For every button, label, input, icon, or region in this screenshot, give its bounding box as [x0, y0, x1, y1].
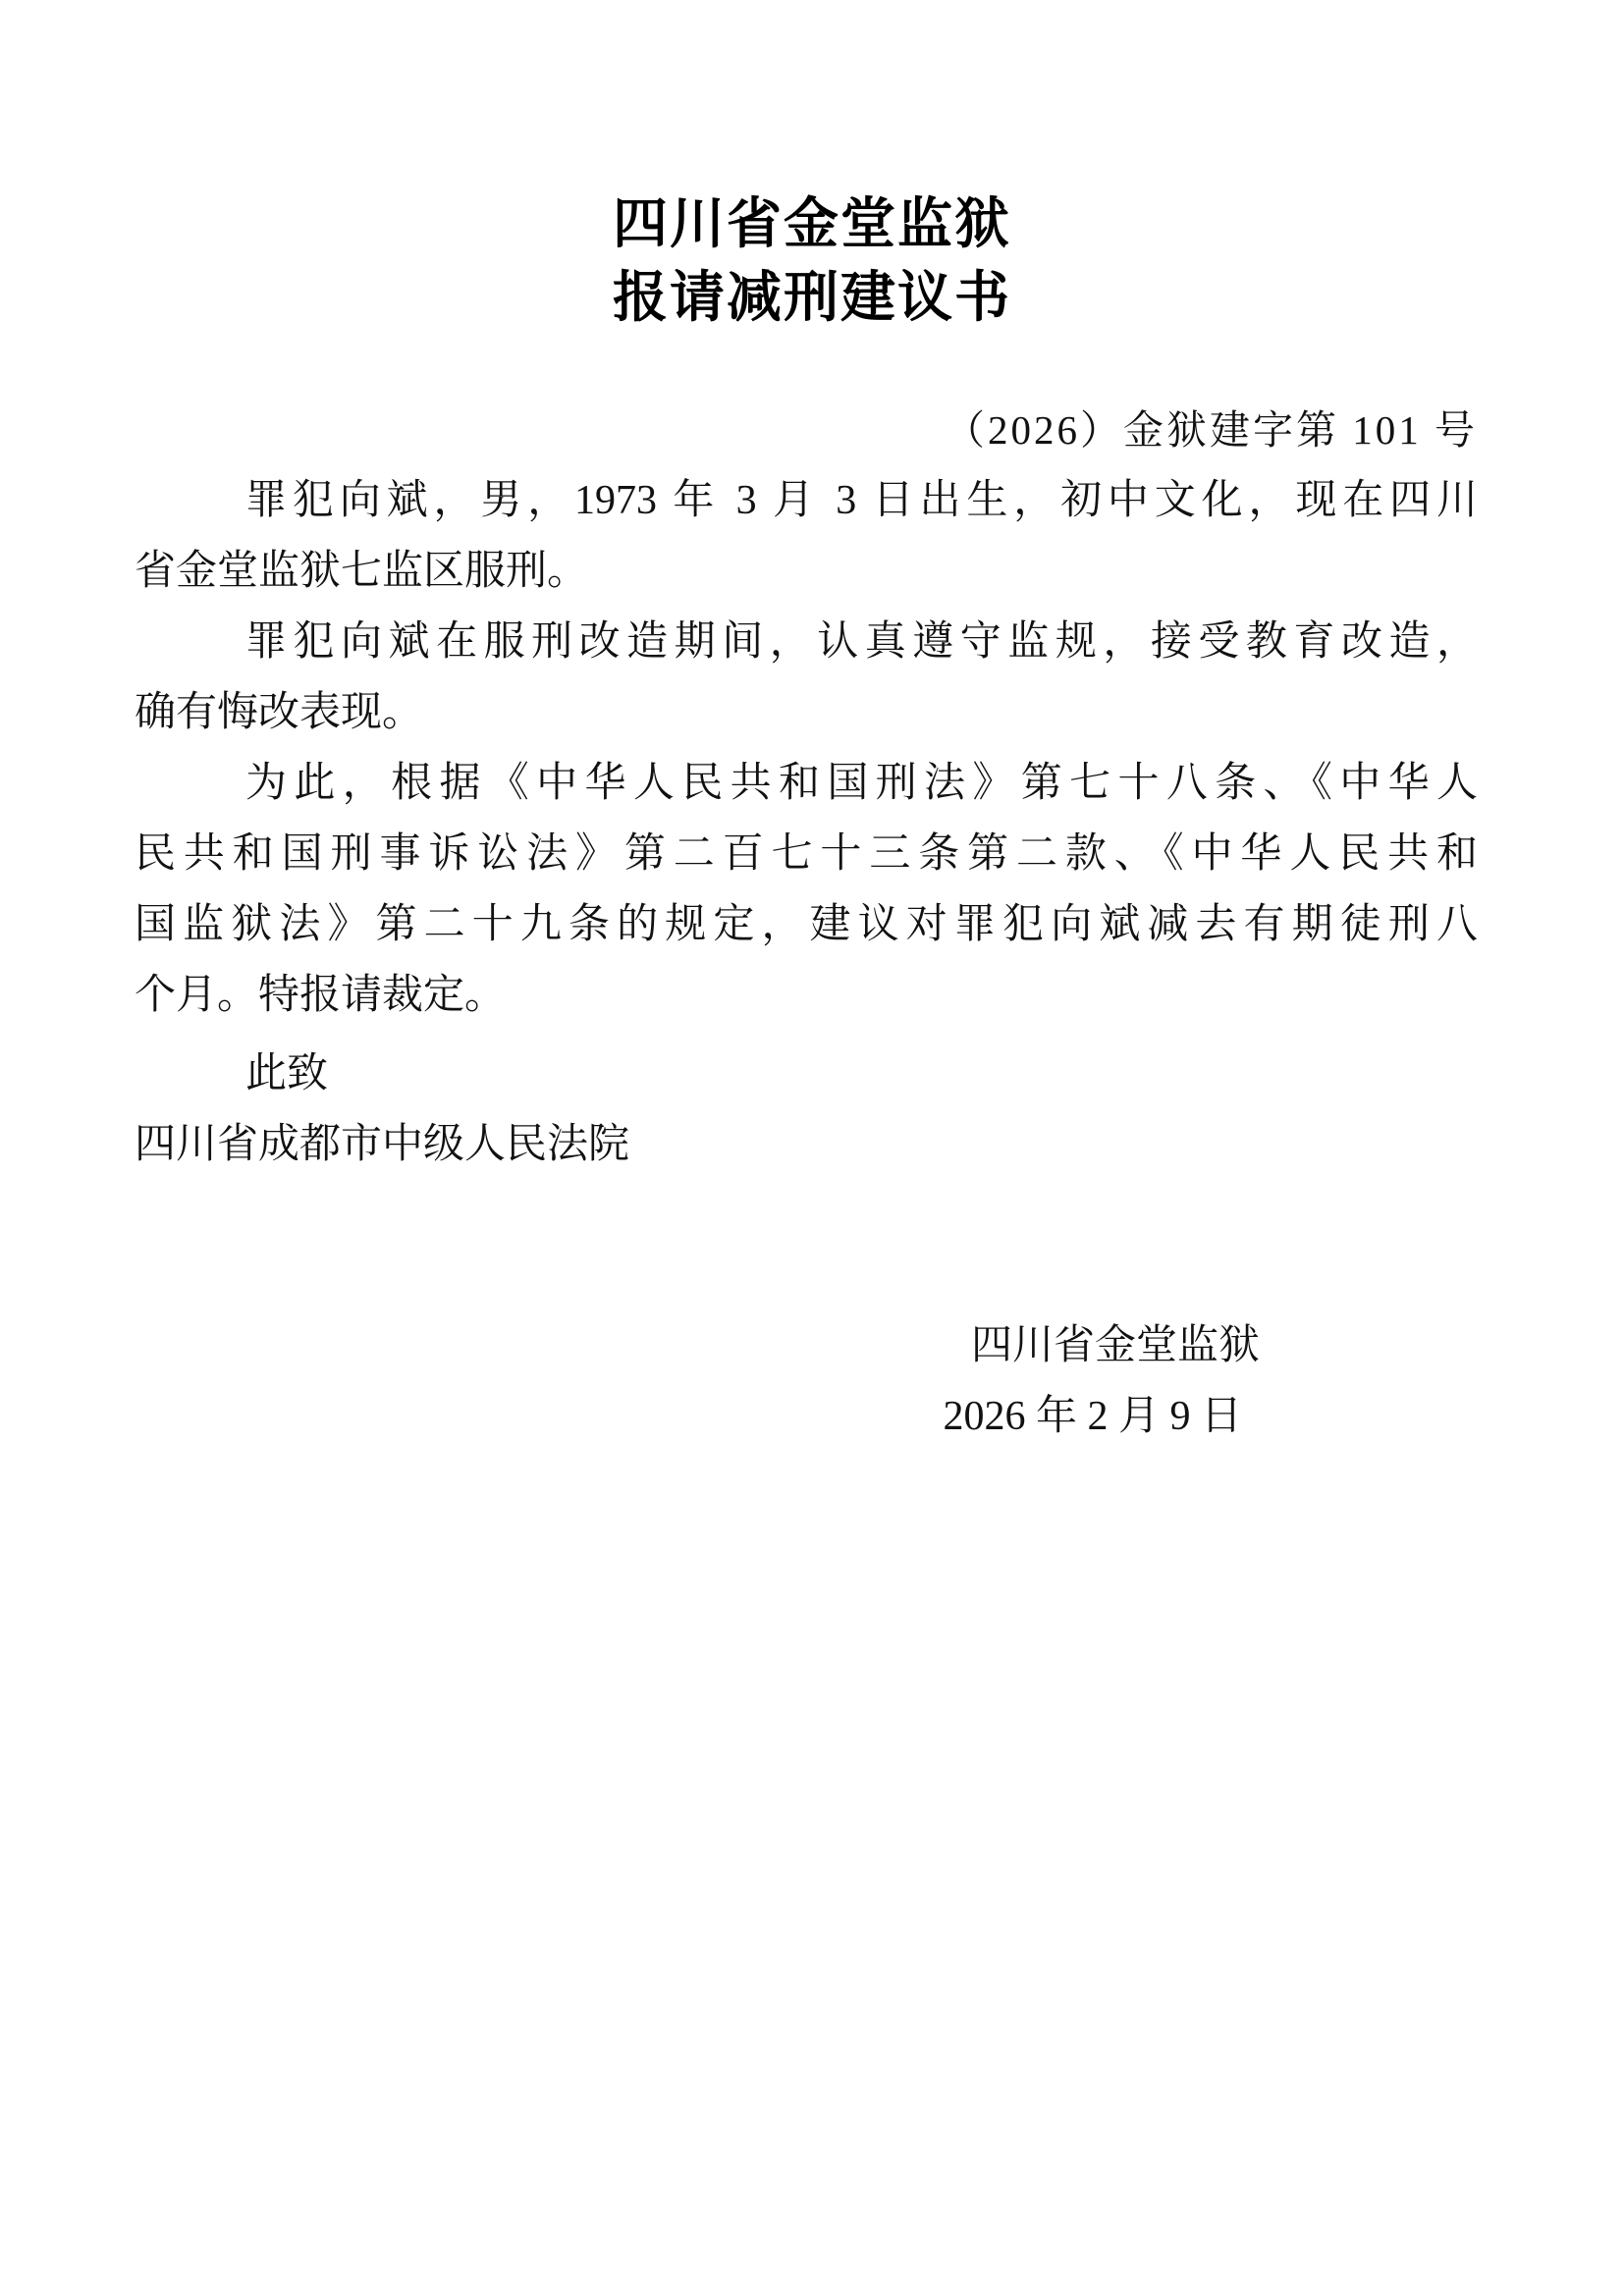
body-line: 国监狱法》第二十九条的规定，建议对罪犯向斌减去有期徒刑八 — [135, 889, 1478, 960]
document-body: 罪犯向斌，男，1973 年 3 月 3 日出生，初中文化，现在四川省金堂监狱七监… — [135, 465, 1478, 1180]
signature-date: 2026 年 2 月 9 日 — [135, 1381, 1478, 1452]
body-line: 罪犯向斌在服刑改造期间，认真遵守监规，接受教育改造， — [135, 607, 1478, 677]
body-line: 罪犯向斌，男，1973 年 3 月 3 日出生，初中文化，现在四川 — [135, 465, 1478, 536]
body-line: 此致 — [135, 1039, 1478, 1109]
body-line: 个月。特报请裁定。 — [135, 960, 1478, 1031]
body-line: 省金堂监狱七监区服刑。 — [135, 536, 1478, 607]
title-line-1: 四川省金堂监狱 — [0, 187, 1624, 260]
signature-block: 四川省金堂监狱 2026 年 2 月 9 日 — [135, 1310, 1478, 1452]
title-line-2: 报请减刑建议书 — [0, 260, 1624, 334]
signature-org: 四川省金堂监狱 — [135, 1310, 1478, 1381]
document-page: 四川省金堂监狱 报请减刑建议书 （2026）金狱建字第 101 号 罪犯向斌，男… — [0, 0, 1624, 2296]
body-line: 确有悔改表现。 — [135, 677, 1478, 748]
body-line: 四川省成都市中级人民法院 — [135, 1109, 1478, 1180]
body-line: 民共和国刑事诉讼法》第二百七十三条第二款、《中华人民共和 — [135, 819, 1478, 889]
body-line: 为此，根据《中华人民共和国刑法》第七十八条、《中华人 — [135, 748, 1478, 819]
document-title: 四川省金堂监狱 报请减刑建议书 — [0, 0, 1624, 334]
document-number: （2026）金狱建字第 101 号 — [135, 395, 1478, 465]
